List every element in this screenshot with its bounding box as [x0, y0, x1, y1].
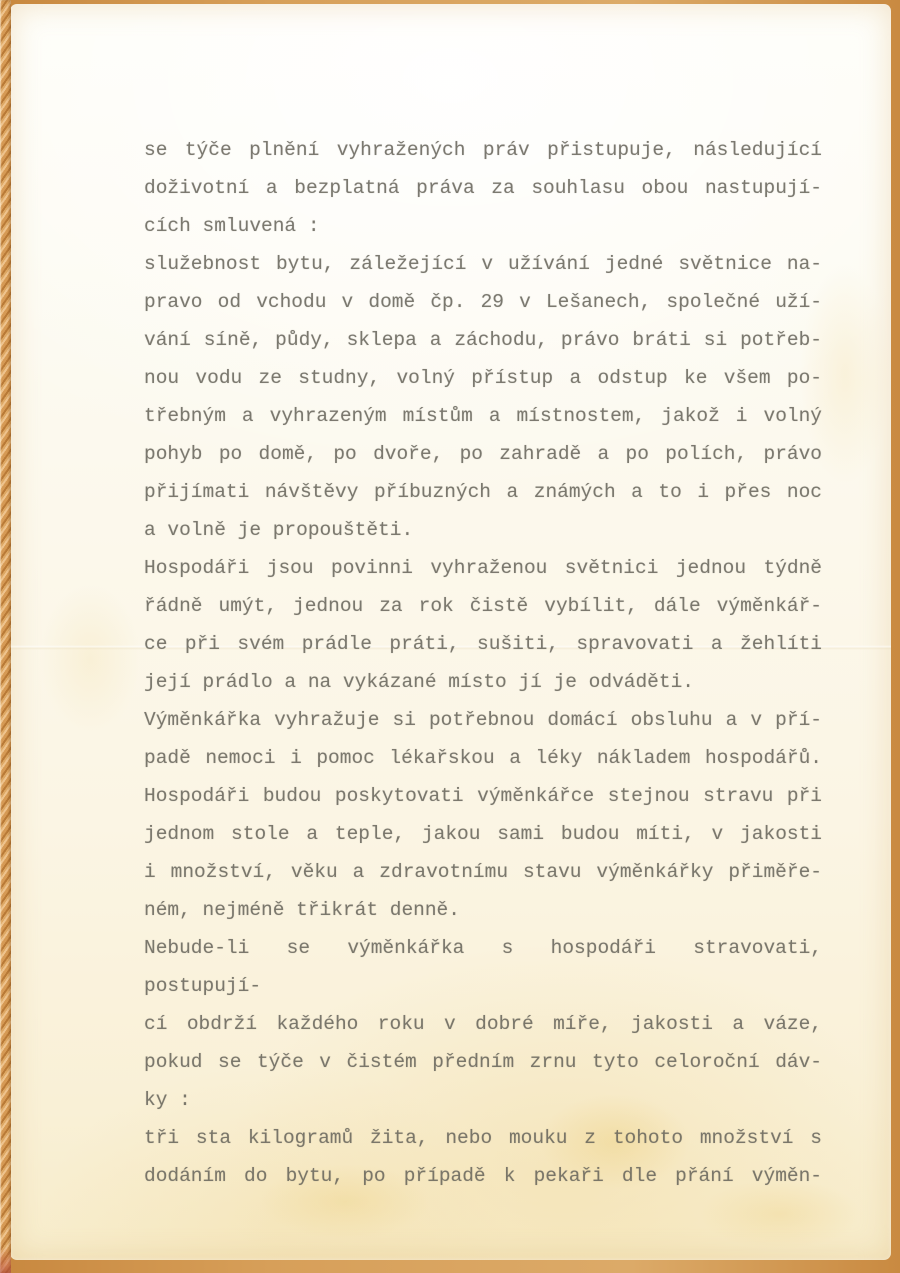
text-line: přijímati návštěvy příbuzných a známých …: [144, 473, 822, 511]
text-line: doživotní a bezplatná práva za souhlasu …: [144, 169, 822, 207]
text-line: pohyb po domě, po dvoře, po zahradě a po…: [144, 435, 822, 473]
text-line: i množství, věku a zdravotnímu stavu vým…: [144, 853, 822, 891]
text-line: ce při svém prádle práti, sušiti, spravo…: [144, 625, 822, 663]
text-line: řádně umýt, jednou za rok čistě vybílit,…: [144, 587, 822, 625]
text-line: dodáním do bytu, po případě k pekaři dle…: [144, 1157, 822, 1195]
aging-stain: [40, 584, 140, 734]
text-line: ky :: [144, 1081, 822, 1119]
text-line: služebnost bytu, záležející v užívání je…: [144, 245, 822, 283]
text-line: cí obdrží každého roku v dobré míře, jak…: [144, 1005, 822, 1043]
text-line: cích smluvená :: [144, 207, 822, 245]
text-line: ném, nejméně třikrát denně.: [144, 891, 822, 929]
binding-cord-red-end: [0, 1247, 11, 1273]
text-line: tři sta kilogramů žita, nebo mouku z toh…: [144, 1119, 822, 1157]
text-line: Hospodáři budou poskytovati výměnkářce s…: [144, 777, 822, 815]
text-line: nou vodu ze studny, volný přístup a odst…: [144, 359, 822, 397]
text-line: Výměnkářka vyhražuje si potřebnou domácí…: [144, 701, 822, 739]
text-line: třebným a vyhrazeným místům a místnostem…: [144, 397, 822, 435]
text-line: pokud se týče v čistém předním zrnu tyto…: [144, 1043, 822, 1081]
text-line: její prádlo a na vykázané místo jí je od…: [144, 663, 822, 701]
text-line: Hospodáři jsou povinni vyhraženou světni…: [144, 549, 822, 587]
text-line: Nebude-li se výměnkářka s hospodáři stra…: [144, 929, 822, 1005]
text-line: pravo od vchodu v domě čp. 29 v Lešanech…: [144, 283, 822, 321]
text-line: a volně je propouštěti.: [144, 511, 822, 549]
text-line: se týče plnění vyhražených práv přistupu…: [144, 131, 822, 169]
paper-sheet: se týče plnění vyhražených práv přistupu…: [10, 4, 891, 1260]
text-line: jednom stole a teple, jakou sami budou m…: [144, 815, 822, 853]
text-line: padě nemoci i pomoc lékařskou a léky nák…: [144, 739, 822, 777]
typewritten-text: se týče plnění vyhražených práv přistupu…: [144, 131, 822, 1195]
binding-cord: [0, 0, 11, 1273]
scanned-page: se týče plnění vyhražených práv přistupu…: [0, 0, 900, 1273]
text-line: vání síně, půdy, sklepa a záchodu, právo…: [144, 321, 822, 359]
